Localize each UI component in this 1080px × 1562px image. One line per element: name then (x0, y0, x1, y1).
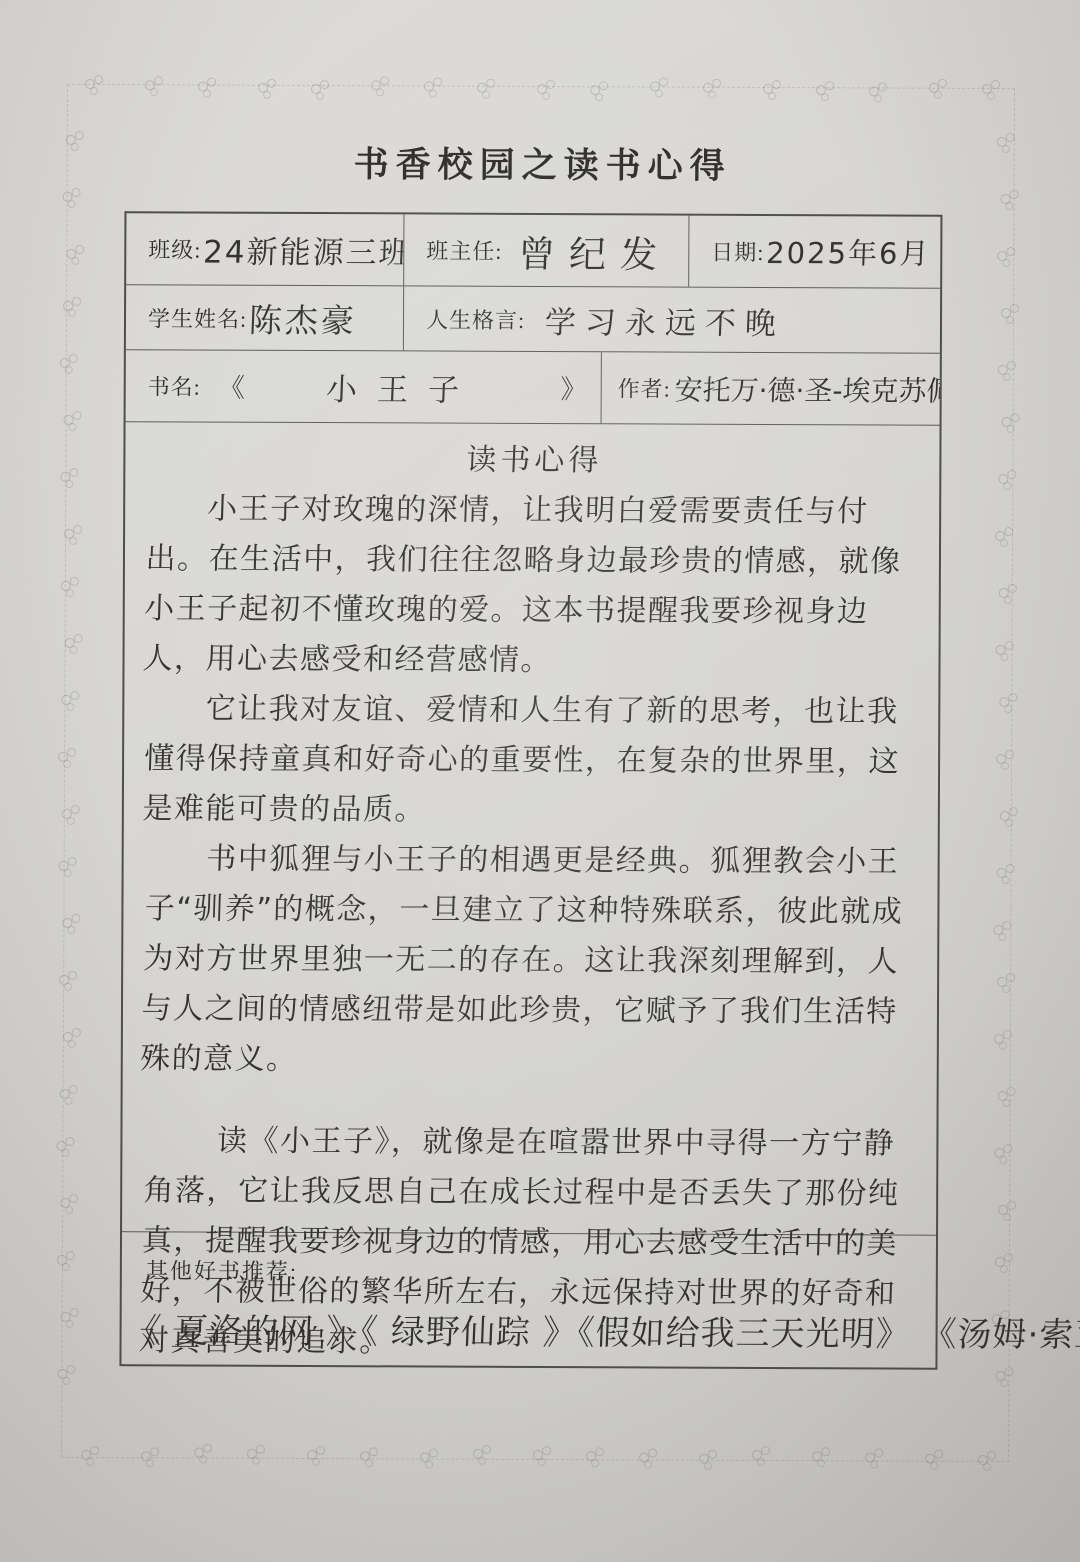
essay-content: 读书心得 小王子对玫瑰的深情，让我明白爱需要责任与付出。在生活中，我们往往忽略身… (121, 422, 939, 1370)
border-motif (1002, 417, 1012, 427)
border-motif (360, 1451, 370, 1461)
border-motif (586, 1451, 596, 1461)
essay-heading: 读书心得 (144, 434, 924, 487)
border-motif (63, 301, 73, 311)
border-motif (141, 1451, 151, 1461)
border-motif (590, 85, 600, 95)
form-row-class-teacher-date: 班级: 24新能源三班 班主任: 曾纪发 日期: 2025年6月 (126, 213, 940, 289)
paper-sheet: 书香校园之读书心得 班级: 24新能源三班 班主任: 曾纪发 日期: 2025年… (0, 0, 1080, 1562)
book-title-value-handwritten: 小王子 (244, 364, 562, 410)
date-cell: 日期: 2025年6月 (689, 216, 940, 288)
class-value-handwritten: 24新能源三班 (203, 227, 405, 273)
border-motif (998, 365, 1008, 375)
essay-paragraph: 小王子对玫瑰的深情，让我明白爱需要责任与付出。在生活中，我们往往忽略身边最珍贵的… (142, 484, 926, 687)
border-motif (58, 752, 68, 762)
border-motif (81, 1450, 91, 1460)
border-motif (60, 358, 70, 368)
border-motif (995, 1257, 1005, 1267)
border-motif (999, 697, 1009, 707)
border-motif (61, 695, 71, 705)
class-label: 班级: (148, 233, 201, 264)
essay-paragraph: 它让我对友谊、爱情和人生有了新的思考，也让我懂得保持童真和好奇心的重要性，在复杂… (142, 684, 925, 837)
border-motif (62, 918, 72, 928)
border-motif (997, 977, 1007, 987)
form-row-book-author: 书名: 《 小王子 》 作者: 安托万·德·圣-埃克苏佩里 (126, 350, 940, 426)
border-motif (997, 251, 1007, 261)
border-motif (59, 975, 69, 985)
border-motif (85, 79, 95, 89)
border-motif (57, 1255, 67, 1265)
border-motif (703, 83, 713, 93)
border-motif (999, 588, 1009, 598)
border-motif (865, 1452, 875, 1462)
border-motif (424, 81, 434, 91)
border-motif (816, 85, 826, 95)
border-motif (763, 84, 773, 94)
reading-report-form: 班级: 24新能源三班 班主任: 曾纪发 日期: 2025年6月 学生姓名: 陈… (119, 211, 942, 1370)
student-name-value-handwritten: 陈杰豪 (248, 294, 358, 341)
recommendations-handwritten-list: 《 夏洛的网 》《 绿野仙踪 》《假如给我三天光明》 《汤姆·索亚历险记》 (127, 1303, 937, 1356)
teacher-label: 班主任: (426, 234, 502, 265)
border-motif (62, 809, 72, 819)
date-label: 日期: (711, 236, 764, 267)
motto-value-handwritten: 学习永远不晚 (544, 297, 786, 343)
teacher-cell: 班主任: 曾纪发 (404, 214, 689, 286)
book-title-label: 书名: (148, 370, 201, 401)
border-motif (66, 249, 76, 259)
form-row-student-motto: 学生姓名: 陈杰豪 人生格言: 学习永远不晚 (126, 285, 940, 354)
border-motif (60, 1089, 70, 1099)
border-motif (812, 1451, 822, 1461)
border-motif (371, 80, 381, 90)
essay-section: 读书心得 小王子对玫瑰的深情，让我明白爱需要责任与付出。在生活中，我们往往忽略身… (122, 422, 940, 1236)
border-motif (247, 1449, 257, 1459)
border-motif (997, 868, 1007, 878)
border-motif (998, 1091, 1008, 1101)
border-motif (1000, 811, 1010, 821)
border-motif (869, 86, 879, 96)
border-motif (752, 1450, 762, 1460)
close-title-bracket: 》 (561, 369, 587, 406)
border-motif (64, 529, 74, 539)
border-motif (63, 1032, 73, 1042)
border-motif (258, 83, 268, 93)
border-motif (63, 192, 73, 202)
author-label: 作者: (618, 372, 671, 403)
border-motif (56, 1141, 66, 1151)
border-motif (995, 1371, 1005, 1381)
date-value-handwritten: 2025年6月 (766, 231, 932, 273)
border-motif (996, 754, 1006, 764)
border-motif (311, 84, 321, 94)
border-motif (60, 472, 70, 482)
border-motif (194, 1447, 204, 1457)
border-motif (64, 415, 74, 425)
border-motif (996, 645, 1006, 655)
border-motif (982, 84, 992, 94)
class-cell: 班级: 24新能源三班 (126, 213, 404, 285)
border-motif (473, 1449, 483, 1459)
student-name-label: 学生姓名: (148, 302, 247, 333)
student-name-cell: 学生姓名: 陈杰豪 (126, 285, 404, 350)
border-motif (57, 1369, 67, 1379)
border-motif (60, 1198, 70, 1208)
border-motif (61, 1312, 71, 1322)
border-motif (307, 1450, 317, 1460)
border-motif (993, 925, 1003, 935)
scanned-document-photo: { "title": "书香校园之读书心得", "form": { "class… (0, 0, 1080, 1562)
border-motif (1001, 194, 1011, 204)
author-cell: 作者: 安托万·德·圣-埃克苏佩里 (602, 352, 940, 424)
border-motif (420, 1452, 430, 1462)
open-title-bracket: 《 (219, 368, 245, 405)
border-motif (145, 80, 155, 90)
border-motif (1001, 308, 1011, 318)
border-motif (978, 1455, 988, 1465)
border-motif (537, 84, 547, 94)
border-motif (699, 1454, 709, 1464)
border-motif (59, 861, 69, 871)
border-motif (650, 81, 660, 91)
book-title-cell: 书名: 《 小王子 》 (126, 350, 602, 423)
border-motif (925, 1454, 935, 1464)
border-motif (995, 531, 1005, 541)
border-motif (477, 83, 487, 93)
border-motif (998, 1205, 1008, 1215)
motto-label: 人生格言: (426, 303, 525, 334)
author-value-handwritten: 安托万·德·圣-埃克苏佩里 (674, 368, 940, 409)
border-motif (533, 1450, 543, 1460)
essay-paragraph: 书中狐狸与小王子的相遇更是经典。狐狸教会小王子“驯养”的概念，一旦建立了这种特殊… (139, 834, 925, 1087)
border-motif (61, 581, 71, 591)
border-motif (994, 1148, 1004, 1158)
border-motif (994, 1034, 1004, 1044)
teacher-value-handwritten: 曾纪发 (517, 223, 672, 278)
border-motif (198, 82, 208, 92)
border-motif (639, 1452, 649, 1462)
border-motif (929, 83, 939, 93)
border-motif (998, 474, 1008, 484)
page-title: 书香校园之读书心得 (3, 136, 1080, 191)
border-motif (65, 638, 75, 648)
motto-cell: 人生格言: 学习永远不晚 (404, 286, 940, 352)
